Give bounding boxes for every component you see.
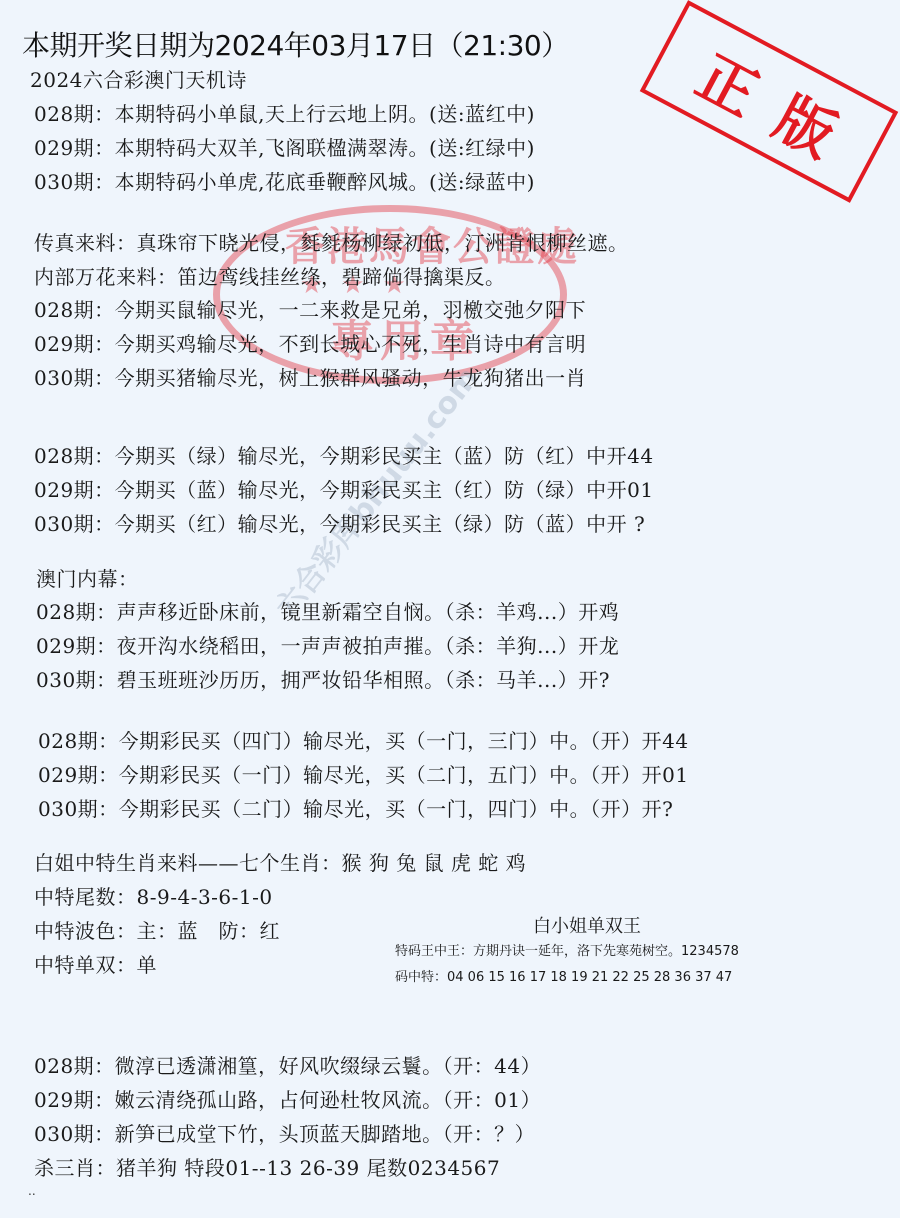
tail-number-line: 中特尾数：8-9-4-3-6-1-0 xyxy=(34,885,273,909)
internal-source-line: 内部万花来料：笛边鸾线挂丝绦，碧蹄倘得擒渠反。 xyxy=(34,265,506,289)
poem-line: 029期：本期特码大双羊,飞阁联楹满翠涛。(送:红绿中) xyxy=(34,136,535,160)
poem-line: 030期：本期特码小单虎,花底垂鞭醉风城。(送:绿蓝中) xyxy=(34,170,535,194)
verse-line: 028期：微淳已透潇湘篁，好风吹缀绿云鬟。（开：44） xyxy=(34,1054,541,1078)
prediction-line: 029期：今期买鸡输尽光，不到长城心不死，生肖诗中有言明 xyxy=(34,332,586,356)
gate-prediction-line: 029期：今期彩民买（一门）输尽光，买（二门，五门）中。（开）开01 xyxy=(38,763,689,787)
gate-prediction-line: 030期：今期彩民买（二门）输尽光，买（一门，四门）中。（开）开? xyxy=(38,797,673,821)
gate-prediction-line: 028期：今期彩民买（四门）输尽光，买（一门，三门）中。（开）开44 xyxy=(38,729,689,753)
macau-inside-heading: 澳门内幕： xyxy=(36,567,139,591)
box-title: 白小姐单双王 xyxy=(533,912,641,938)
color-prediction-line: 030期：今期买（红）输尽光，今期彩民买主（绿）防（蓝）中开 ? xyxy=(34,512,645,536)
genuine-stamp: 正 版 xyxy=(640,0,898,203)
wave-color-line: 中特波色：主：蓝 防：红 xyxy=(34,919,280,943)
box-line-king: 特码王中王：方期丹诀一延年，洛下先寒苑树空。1234578 xyxy=(395,940,739,959)
zodiac-source-line: 白姐中特生肖来料——七个生肖：猴 狗 兔 鼠 虎 蛇 鸡 xyxy=(34,851,526,875)
box-line-numbers: 码中特：04 06 15 16 17 18 19 21 22 25 28 36 … xyxy=(395,966,732,985)
color-prediction-line: 028期：今期买（绿）输尽光，今期彩民买主（蓝）防（红）中开44 xyxy=(34,444,654,468)
page-title: 本期开奖日期为2024年03月17日（21:30） xyxy=(22,24,569,64)
odd-even-line: 中特单双：单 xyxy=(34,953,157,977)
macau-inside-line: 030期：碧玉班班沙历历，拥严妆铅华相照。（杀：马羊...）开? xyxy=(36,668,610,692)
fax-source-line: 传真来料：真珠帘下晓光侵，毵毵杨柳绿初低，汀洲肯恨柳丝遮。 xyxy=(34,231,629,255)
verse-line: 030期：新笋已成堂下竹，头顶蓝天脚踏地。（开：？） xyxy=(34,1122,535,1146)
color-prediction-line: 029期：今期买（蓝）输尽光，今期彩民买主（红）防（绿）中开01 xyxy=(34,478,654,502)
verse-line: 029期：嫩云清绕孤山路，占何逊杜牧风流。（开：01） xyxy=(34,1088,541,1112)
prediction-line: 028期：今期买鼠输尽光，一二来救是兄弟，羽檄交弛夕阳下 xyxy=(34,298,586,322)
poem-line: 028期：本期特码小单鼠,天上行云地上阴。(送:蓝红中) xyxy=(34,102,535,126)
stamp-char-2: 版 xyxy=(763,71,854,172)
macau-inside-line: 029期：夜开沟水绕稻田，一声声被拍声摧。（杀：羊狗...）开龙 xyxy=(36,634,619,658)
footer-dots: .. xyxy=(28,1184,36,1198)
macau-inside-line: 028期：声声移近卧床前，镜里新霜空自悯。（杀：羊鸡...）开鸡 xyxy=(36,600,619,624)
prediction-line: 030期：今期买猪输尽光，树上猴群风骚动，牛龙狗猪出一肖 xyxy=(34,366,586,390)
kill-three-zodiac-line: 杀三肖：猪羊狗 特段01--13 26-39 尾数0234567 xyxy=(34,1156,500,1180)
subtitle: 2024六合彩澳门天机诗 xyxy=(30,68,247,92)
stamp-char-1: 正 xyxy=(685,30,776,131)
